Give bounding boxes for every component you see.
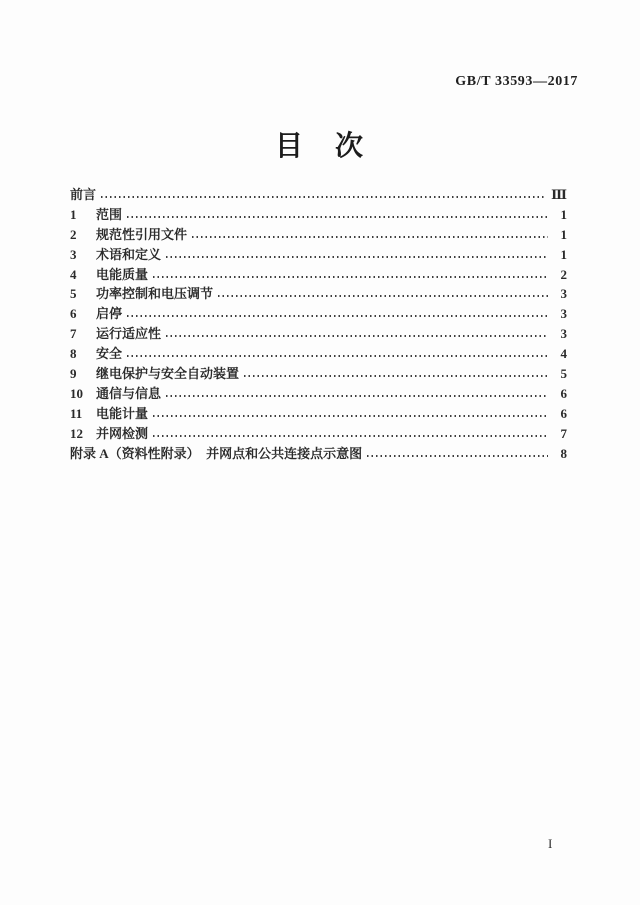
dotted-leader [153, 415, 548, 417]
toc-entry-label: 并网检测 [96, 423, 148, 442]
toc-entry-page-number: 1 [553, 227, 567, 243]
toc-entry: 12 并网检测 7 [70, 423, 567, 443]
toc-entry-label: 规范性引用文件 [96, 224, 187, 243]
toc-entry-label: 启停 [96, 303, 122, 322]
toc-entry: 10 通信与信息 6 [70, 383, 567, 403]
toc-entry: 1 范围 1 [70, 204, 567, 224]
toc-entry-page-number: 2 [553, 267, 567, 283]
dotted-leader [153, 276, 548, 278]
toc-entry-label: 继电保护与安全自动装置 [96, 363, 239, 382]
standard-code-header: GB/T 33593—2017 [455, 74, 578, 90]
toc-entry-page-number: 6 [553, 386, 567, 402]
toc-entry-label: 术语和定义 [96, 244, 161, 263]
toc-entry: 附录 A（资料性附录） 并网点和公共连接点示意图 8 [70, 443, 567, 463]
dotted-leader [127, 355, 548, 357]
toc-entry-page-number: 5 [553, 366, 567, 382]
toc-entry-label: 安全 [96, 343, 122, 362]
dotted-leader [218, 295, 548, 297]
toc-entry-number: 11 [70, 406, 96, 422]
toc-entry-label: 范围 [96, 204, 122, 223]
toc-entry-label: 电能质量 [96, 264, 148, 283]
toc-entry-number: 12 [70, 426, 96, 442]
toc-entry-page-number: 1 [553, 247, 567, 263]
toc-entry: 4 电能质量 2 [70, 264, 567, 284]
table-of-contents: 前言 Ⅲ 1 范围 1 2 规范性引用文件 1 3 术语和定义 1 4 电能质量 [70, 184, 567, 462]
dotted-leader [127, 216, 548, 218]
toc-entry-page-number: 8 [553, 446, 567, 462]
toc-entry: 前言 Ⅲ [70, 184, 567, 204]
dotted-leader [367, 455, 548, 457]
toc-entry-number: 3 [70, 247, 96, 263]
toc-entry-number: 6 [70, 306, 96, 322]
toc-entry: 9 继电保护与安全自动装置 5 [70, 363, 567, 383]
toc-entry-page-number: Ⅲ [551, 187, 567, 203]
dotted-leader [192, 236, 548, 238]
dotted-leader [101, 196, 546, 198]
toc-entry-page-number: 3 [553, 326, 567, 342]
toc-entry-label: 电能计量 [96, 403, 148, 422]
toc-entry-label: 运行适应性 [96, 323, 161, 342]
toc-entry-number: 1 [70, 207, 96, 223]
toc-entry-page-number: 1 [553, 207, 567, 223]
toc-entry: 7 运行适应性 3 [70, 323, 567, 343]
dotted-leader [127, 315, 548, 317]
dotted-leader [166, 256, 548, 258]
toc-entry-page-number: 4 [553, 346, 567, 362]
document-page: GB/T 33593—2017 目 次 前言 Ⅲ 1 范围 1 2 规范性引用文… [0, 0, 640, 905]
toc-entry-label: 功率控制和电压调节 [96, 283, 213, 302]
toc-entry-number: 8 [70, 346, 96, 362]
toc-entry-page-number: 3 [553, 306, 567, 322]
toc-entry-label: 前言 [70, 184, 96, 203]
toc-entry-number: 2 [70, 227, 96, 243]
dotted-leader [244, 375, 548, 377]
dotted-leader [166, 395, 548, 397]
toc-entry-number: 5 [70, 286, 96, 302]
toc-entry: 11 电能计量 6 [70, 403, 567, 423]
toc-entry-page-number: 6 [553, 406, 567, 422]
dotted-leader [153, 435, 548, 437]
toc-entry-number: 7 [70, 326, 96, 342]
page-title: 目 次 [0, 124, 640, 164]
toc-entry-number: 9 [70, 366, 96, 382]
toc-entry: 6 启停 3 [70, 303, 567, 323]
toc-entry: 5 功率控制和电压调节 3 [70, 283, 567, 303]
toc-entry: 2 规范性引用文件 1 [70, 224, 567, 244]
toc-entry-page-number: 3 [553, 286, 567, 302]
dotted-leader [166, 335, 548, 337]
toc-entry: 8 安全 4 [70, 343, 567, 363]
toc-entry-label: 通信与信息 [96, 383, 161, 402]
toc-entry-number: 10 [70, 386, 96, 402]
toc-entry: 3 术语和定义 1 [70, 244, 567, 264]
toc-entry-number: 4 [70, 267, 96, 283]
footer-page-number: I [548, 836, 552, 852]
toc-entry-page-number: 7 [553, 426, 567, 442]
toc-entry-label: 附录 A（资料性附录） 并网点和公共连接点示意图 [70, 443, 362, 462]
